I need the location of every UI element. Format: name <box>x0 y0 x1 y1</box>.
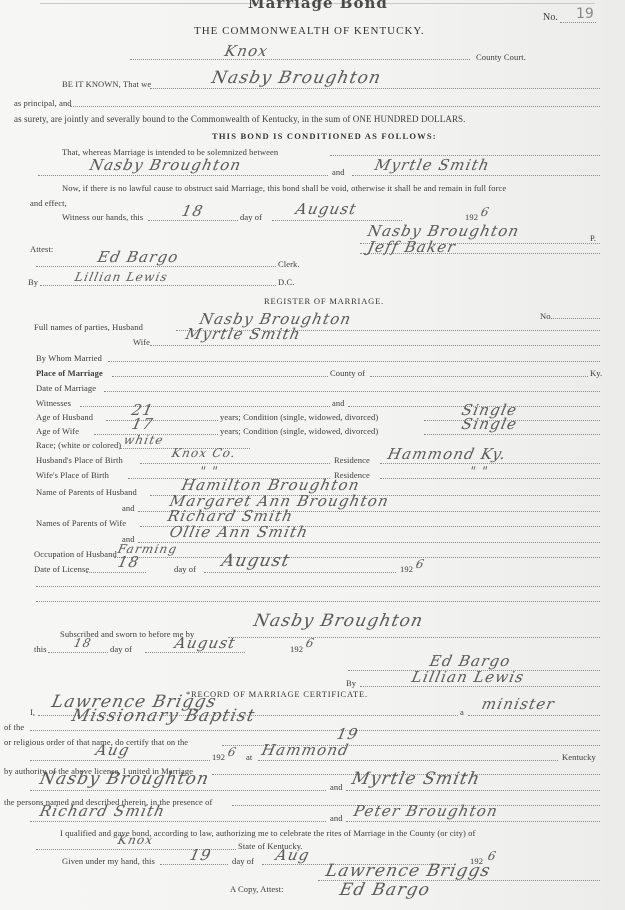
cert-witness-and-label: and <box>330 813 343 823</box>
age-husband-line <box>106 420 218 421</box>
wife-label: Wife <box>133 337 150 347</box>
and-effect-text: and effect, <box>30 198 67 208</box>
place-label: Place of Marriage <box>36 368 103 378</box>
wife-name-line <box>150 345 600 346</box>
church-line <box>30 730 600 731</box>
blank-line-1 <box>36 586 600 587</box>
church-value: Missionary Baptist <box>70 706 257 726</box>
parents-wife-label: Names of Parents of Wife <box>36 518 126 528</box>
sworn-month-line <box>145 652 245 653</box>
full-names-label: Full names of parties, Husband <box>34 322 143 332</box>
principal-line <box>150 88 600 89</box>
cert-county-value: Knox <box>117 833 155 847</box>
mother-wife-line <box>138 542 600 543</box>
surety-name-line <box>70 106 600 107</box>
attest-label: Attest: <box>30 244 53 254</box>
age-husband-label: Age of Husband <box>36 412 93 422</box>
wife-birth-label: Wife's Place of Birth <box>36 470 109 480</box>
condition-wife-value: Single <box>460 415 519 433</box>
officiant-title-value: minister <box>480 695 557 713</box>
witnesses-and-label: and <box>332 398 345 408</box>
mother-wife-value: Ollie Ann Smith <box>168 523 310 541</box>
dc-label: D.C. <box>278 277 294 287</box>
cert-year-digit: 6 <box>227 745 239 759</box>
husband-residence-value: Hammond Ky. <box>386 445 508 463</box>
age-wife-label: Age of Wife <box>36 426 79 436</box>
by-whom-line <box>108 361 600 362</box>
of-the-label: of the <box>4 722 24 732</box>
county-value: Knox <box>223 42 270 60</box>
cert-place-line <box>258 760 558 761</box>
be-it-known-label: BE IT KNOWN, That we <box>62 79 151 89</box>
sworn-day: 18 <box>73 636 94 650</box>
sworn-by-label: By <box>346 678 356 688</box>
witness-month-line <box>272 220 402 221</box>
date-of-marriage-line <box>104 391 600 392</box>
wife-residence-line <box>380 478 600 479</box>
witness-label: Witness our hands, this <box>62 212 143 222</box>
clerk-line <box>36 266 276 267</box>
sworn-year-prefix: 192 <box>290 644 303 654</box>
cert-groom-line <box>30 790 326 791</box>
ky-label: Ky. <box>590 368 602 378</box>
sworn-name-line <box>228 637 600 638</box>
cert-bride-value: Myrtle Smith <box>350 769 483 789</box>
register-number-label: No. <box>540 311 553 321</box>
form-number-label: No. <box>543 12 558 23</box>
county-court-label: County Court. <box>476 52 526 62</box>
wife-name-value: Myrtle Smith <box>184 325 303 343</box>
sworn-name-value: Nasby Broughton <box>252 611 426 631</box>
witness-day-of-label: day of <box>240 212 262 222</box>
witness-one-line <box>80 406 330 407</box>
cert-at-label: at <box>246 752 252 762</box>
witness-month: August <box>294 200 359 218</box>
attest-signature: Ed Bargo <box>338 880 432 900</box>
principal-label: as principal, and <box>14 98 72 108</box>
license-day: 18 <box>116 553 141 571</box>
now-text: Now, if there is no lawful cause to obst… <box>62 183 506 193</box>
husband-residence-label: Residence <box>334 455 370 465</box>
witness1-line <box>30 821 326 822</box>
given-day-of-label: day of <box>232 856 254 866</box>
license-day-of-label: day of <box>174 564 196 574</box>
bond-groom-value: Nasby Broughton <box>88 156 243 174</box>
bond-bride-value: Myrtle Smith <box>373 156 492 174</box>
cert-witness1-value: Richard Smith <box>38 802 167 820</box>
bond-and-label: and <box>332 167 345 177</box>
husband-birth-line <box>140 463 330 464</box>
clerk-label: Clerk. <box>278 259 300 269</box>
register-heading: REGISTER OF MARRIAGE. <box>264 296 384 306</box>
condition-husband-label: years; Condition (single, widowed, divor… <box>220 412 378 422</box>
principal-suffix: P. <box>590 233 596 243</box>
cert-year-prefix: 192 <box>212 752 225 762</box>
occupation-line <box>114 557 600 558</box>
marriage-bond-document: Marriage Bond No. 19 THE COMMONWEALTH OF… <box>0 0 625 910</box>
county-of-line <box>370 376 588 377</box>
dc-by-label: By <box>28 277 38 287</box>
cert-kentucky-label: Kentucky <box>562 752 596 762</box>
witness2-line <box>346 821 600 822</box>
copy-attest-label: A Copy, Attest: <box>230 884 284 894</box>
principal-value: Nasby Broughton <box>210 68 384 88</box>
sworn-dc-line <box>360 686 600 687</box>
cert-place-value: Hammond <box>260 741 351 759</box>
cert-bride-line <box>346 790 600 791</box>
given-day-line <box>160 864 228 865</box>
cert-a-label: a <box>460 707 464 717</box>
cert-groom-value: Nasby Broughton <box>38 769 212 789</box>
license-month: August <box>220 551 292 571</box>
age-wife-value: 17 <box>130 415 155 433</box>
license-label: Date of License <box>34 564 89 574</box>
cert-i-label: I, <box>30 707 35 717</box>
given-label: Given under my hand, this <box>62 856 155 866</box>
cert-month-value: Aug <box>94 741 132 759</box>
conditioned-heading: THIS BOND IS CONDITIONED AS FOLLOWS: <box>212 131 437 141</box>
husband-birth-value: Knox Co. <box>171 446 238 460</box>
by-whom-label: By Whom Married <box>36 353 102 363</box>
register-number-line <box>553 318 600 319</box>
bride-line <box>352 175 600 176</box>
form-title: Marriage Bond <box>248 0 388 12</box>
form-number-value: 19 <box>576 6 594 22</box>
race-label: Race; (white or colored) <box>36 440 121 450</box>
license-year-digit: 6 <box>415 557 427 571</box>
witness-day: 18 <box>180 202 205 220</box>
county-line <box>130 59 470 60</box>
given-month: Aug <box>274 846 312 864</box>
husband-birth-label: Husband's Place of Birth <box>36 455 123 465</box>
dc-value: Lillian Lewis <box>74 270 170 284</box>
signature-surety: Jeff Baker <box>366 238 458 256</box>
form-number-line <box>560 22 596 23</box>
commonwealth-heading: THE COMMONWEALTH OF KENTUCKY. <box>194 25 425 37</box>
sworn-this-label: this <box>34 644 47 654</box>
license-year-prefix: 192 <box>400 564 413 574</box>
cert-witness2-value: Peter Broughton <box>352 802 500 820</box>
cert-groom-and-label: and <box>330 782 343 792</box>
wife-residence-value: " " <box>469 464 490 478</box>
sworn-dc-signature: Lillian Lewis <box>410 668 526 686</box>
witness-year-prefix: 192 <box>465 212 478 222</box>
witnesses-label: Witnesses <box>36 398 71 408</box>
witness-year-digit: 6 <box>480 205 492 219</box>
groom-line <box>38 175 328 176</box>
witness-day-line <box>148 220 238 221</box>
sworn-day-of-label: day of <box>110 644 132 654</box>
condition-wife-label: years; Condition (single, widowed, divor… <box>220 426 378 436</box>
sworn-day-line <box>48 652 108 653</box>
officiant-signature: Lawrence Briggs <box>324 861 493 881</box>
occupation-label: Occupation of Husband <box>34 549 117 559</box>
clerk-value: Ed Bargo <box>96 248 181 266</box>
county-of-label: County of <box>330 368 365 378</box>
date-of-marriage-label: Date of Marriage <box>36 383 96 393</box>
race-value: white <box>123 433 166 447</box>
blank-line-2 <box>36 601 600 602</box>
place-line <box>112 376 328 377</box>
sworn-year-digit: 6 <box>305 636 317 650</box>
license-day-line <box>86 572 146 573</box>
sworn-month: August <box>173 634 238 652</box>
dc-line <box>40 285 276 286</box>
title-line <box>468 715 600 716</box>
mother-husband-and-label: and <box>122 503 135 513</box>
condition-wife-line <box>424 434 600 435</box>
given-day: 19 <box>188 846 213 864</box>
license-month-line <box>204 572 396 573</box>
surety-text: as surety, are jointly and severally bou… <box>14 114 466 124</box>
parents-husband-label: Name of Parents of Husband <box>36 487 137 497</box>
cert-month-line <box>30 760 210 761</box>
